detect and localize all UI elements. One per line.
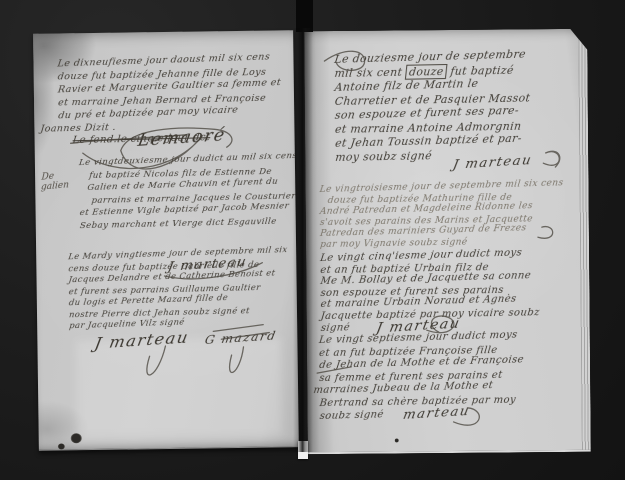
manuscript-scan-background: Le dixneufiesme jour daoust mil six cens… <box>0 0 625 480</box>
book-spine-gutter <box>293 28 313 452</box>
ink-dot <box>395 438 399 442</box>
page-stack-fore-edge <box>578 35 591 450</box>
left-page: Le dixneufiesme jour daoust mil six cens… <box>33 30 299 451</box>
right-page: Le douziesme jour de septembre mil six c… <box>304 29 591 454</box>
entry-text: mil six cent <box>334 66 407 80</box>
baptism-entry: Le vingtdeuxiesme jour dudict au mil six… <box>79 154 299 232</box>
baptism-entry: Le Mardy vingtiesme jour de septembre mi… <box>68 248 288 332</box>
ink-blot <box>58 443 65 449</box>
page-show-through <box>75 338 282 437</box>
margin-note: De galien <box>41 170 70 193</box>
baptism-entry: Le douziesme jour de septembre mil six c… <box>334 51 530 165</box>
margin-note-line: galien <box>41 180 69 192</box>
baptism-entry: Le dixneufiesme jour daoust mil six cens… <box>57 54 281 135</box>
ink-blot <box>71 433 82 443</box>
baptism-entry: Le vingtroisiesme jour de septembre mil … <box>320 183 564 251</box>
